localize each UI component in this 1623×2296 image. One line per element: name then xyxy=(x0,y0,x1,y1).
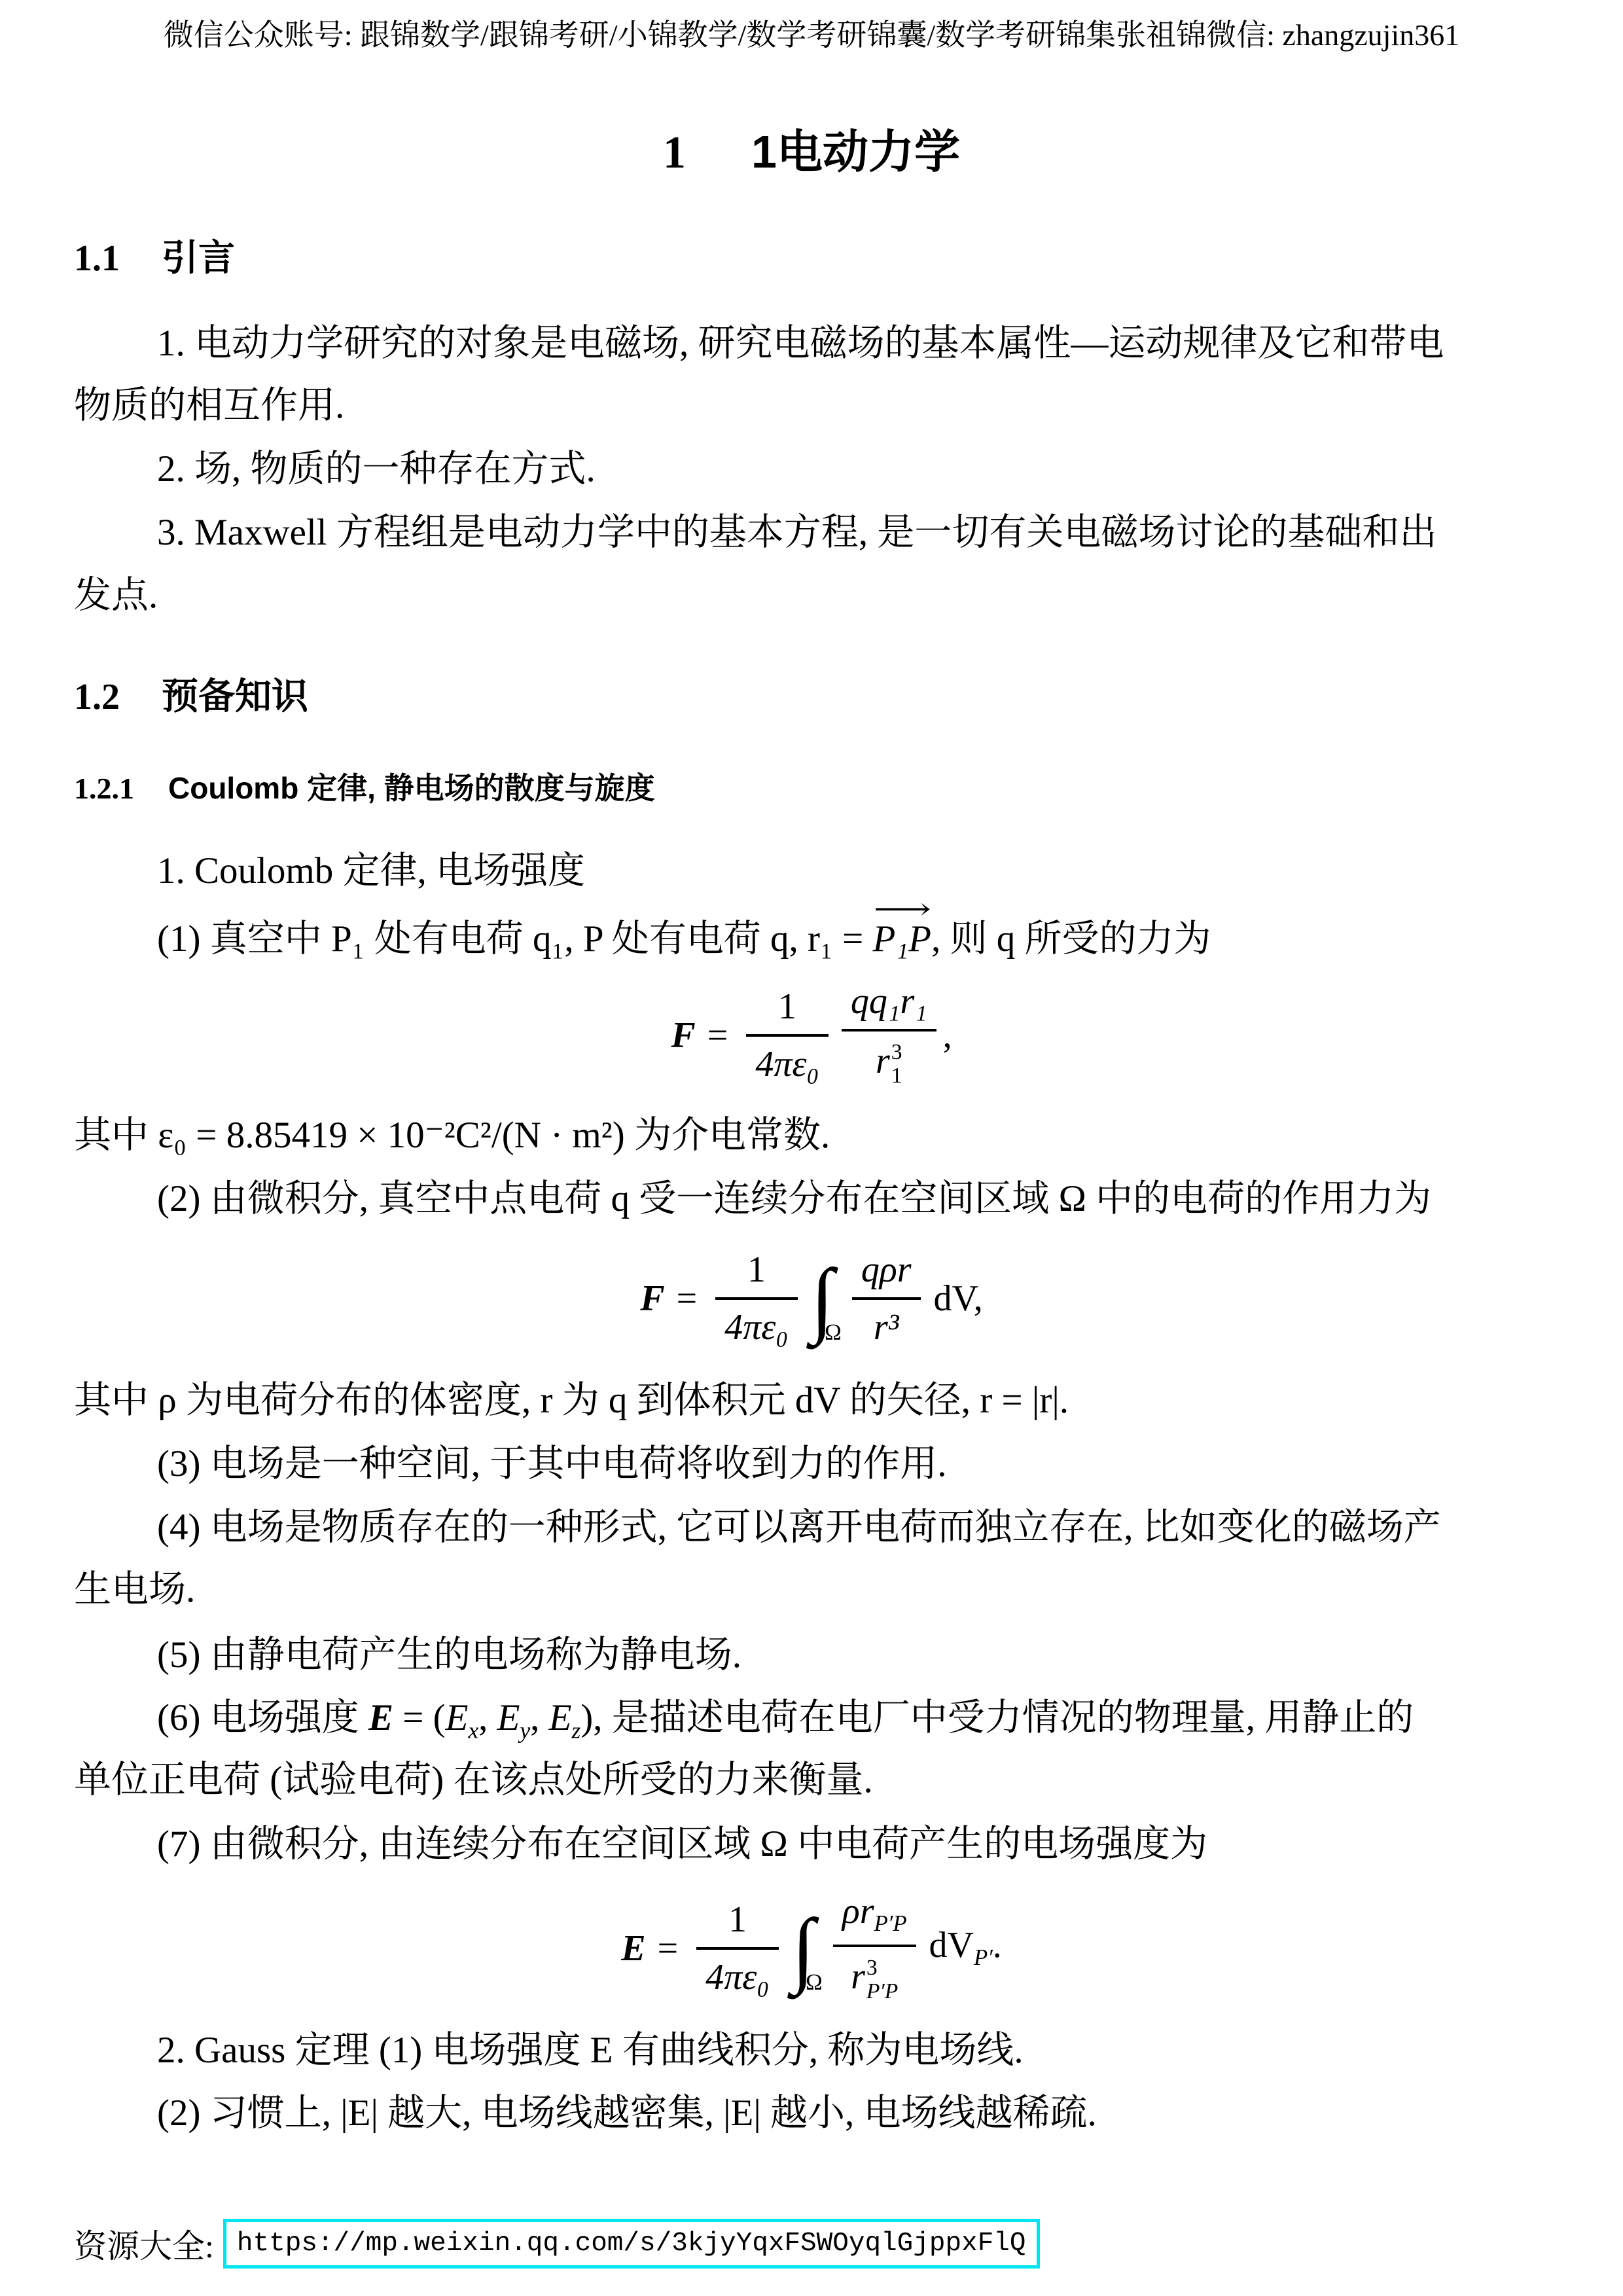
subsection-1-2-1-heading: 1.2.1Coulomb 定律, 静电场的散度与旋度 xyxy=(74,771,655,806)
subsection-1-2-1-title: Coulomb 定律, 静电场的散度与旋度 xyxy=(168,771,655,805)
coulomb-law-intro: 1. Coulomb 定律, 电场强度 xyxy=(157,850,585,893)
integral-domain: Ω xyxy=(806,1971,823,1994)
formula1-lhs: F xyxy=(671,1017,695,1054)
formula-field-strength: E = 1 4πε₀ ∫ Ω ρrP′P r3P′P dVP′. xyxy=(0,1890,1623,2006)
section-1-2-heading: 1.2预备知识 xyxy=(74,675,308,718)
chapter-title-text: 1电动力学 xyxy=(751,126,960,177)
point1-pre: (1) 真空中 P₁ 处有电荷 q₁, P 处有电荷 q, r₁ = xyxy=(157,918,873,960)
footer-resource-label: 资源大全: xyxy=(74,2220,214,2267)
formula3-dv: dVP′. xyxy=(929,1927,1002,1969)
intro-point1-line2: 物质的相互作用. xyxy=(74,384,344,427)
footer-resource: 资源大全: https://mp.weixin.qq.com/s/3kjyYqx… xyxy=(74,2219,1040,2269)
footer-url-box: https://mp.weixin.qq.com/s/3kjyYqxFSWOyq… xyxy=(223,2219,1040,2269)
chapter-number: 1 xyxy=(663,128,686,178)
point2-continuum-line: (2) 由微积分, 真空中点电荷 q 受一连续分布在空间区域 Ω 中的电荷的作用… xyxy=(157,1177,1431,1221)
section-1-1-heading: 1.1引言 xyxy=(74,237,235,279)
section-1-1-title: 引言 xyxy=(162,237,235,278)
formula1-equals: = xyxy=(707,1017,728,1054)
point1-post: , 则 q 所受的力为 xyxy=(931,918,1211,960)
footer-resource-url[interactable]: https://mp.weixin.qq.com/s/3kjyYqxFSWOyq… xyxy=(237,2229,1026,2259)
point7-line: (7) 由微积分, 由连续分布在空间区域 Ω 中电荷产生的电场强度为 xyxy=(157,1823,1207,1866)
point6-line2: 单位正电荷 (试验电荷) 在该点处所受的力来衡量. xyxy=(74,1759,873,1802)
subsection-1-2-1-number: 1.2.1 xyxy=(74,772,134,805)
section-1-2-number: 1.2 xyxy=(74,677,120,717)
formula3-lhs: E xyxy=(621,1930,645,1967)
gauss-theorem-line: 2. Gauss 定理 (1) 电场强度 E 有曲线积分, 称为电场线. xyxy=(157,2029,1024,2072)
vector-p1p: ⟶P₁P xyxy=(873,918,931,961)
formula2-frac-const: 1 4πε₀ xyxy=(715,1249,798,1348)
formula1-frac-const: 1 4πε₀ xyxy=(746,986,829,1085)
chapter-title: 11电动力学 xyxy=(0,126,1623,180)
header-account-line: 微信公众账号: 跟锦数学/跟锦考研/小锦教学/数学考研锦囊/数学考研锦集张祖锦微… xyxy=(0,18,1623,53)
formula2-lhs: F xyxy=(640,1280,664,1317)
formula3-frac-const: 1 4πε₀ xyxy=(696,1899,779,1998)
point3-field-space: (3) 电场是一种空间, 于其中电荷将收到力的作用. xyxy=(157,1443,946,1486)
formula3-equals: = xyxy=(658,1930,679,1967)
integral-domain: Ω xyxy=(825,1321,842,1344)
point1-vacuum-charge-line: (1) 真空中 P₁ 处有电荷 q₁, P 处有电荷 q, r₁ = ⟶P₁P,… xyxy=(157,918,1211,961)
point4-line2: 生电场. xyxy=(74,1568,195,1611)
intro-point1-line1: 1. 电动力学研究的对象是电磁场, 研究电磁场的基本属性—运动规律及它和带电 xyxy=(157,322,1444,365)
section-1-1-number: 1.1 xyxy=(74,238,120,279)
formula2-frac-density: qρr r³ xyxy=(852,1249,921,1348)
vector-arrow-icon: ⟶ xyxy=(863,894,942,924)
formula3-frac-density: ρrP′P r3P′P xyxy=(833,1890,916,2006)
formula2-equals: = xyxy=(677,1280,698,1317)
formula3-integral: ∫ Ω xyxy=(792,1909,824,1988)
formula2-dv: dV, xyxy=(934,1280,983,1317)
formula1-comma: , xyxy=(943,1017,952,1054)
field-vector-E: E xyxy=(368,1697,393,1738)
intro-point3-line1: 3. Maxwell 方程组是电动力学中的基本方程, 是一切有关电磁场讨论的基础… xyxy=(157,511,1436,554)
point6-line1: (6) 电场强度 E = (Ex, Ey, Ez), 是描述电荷在电厂中受力情况… xyxy=(157,1696,1414,1744)
intro-point3-line2: 发点. xyxy=(74,574,158,617)
document-page: 微信公众账号: 跟锦数学/跟锦考研/小锦教学/数学考研锦囊/数学考研锦集张祖锦微… xyxy=(0,0,1623,2296)
formula1-frac-charges: qq₁r₁ r31 xyxy=(842,980,936,1091)
density-note: 其中 ρ 为电荷分布的体密度, r 为 q 到体积元 dV 的矢径, r = |… xyxy=(74,1379,1069,1422)
intro-point2: 2. 场, 物质的一种存在方式. xyxy=(157,448,596,491)
formula2-integral: ∫ Ω xyxy=(811,1259,843,1338)
formula-coulomb-point-force: F = 1 4πε₀ qq₁r₁ r31 , xyxy=(0,980,1623,1091)
section-1-2-title: 预备知识 xyxy=(162,675,308,717)
formula-continuum-force: F = 1 4πε₀ ∫ Ω qρr r³ dV, xyxy=(0,1249,1623,1348)
point5-electrostatic: (5) 由静电荷产生的电场称为静电场. xyxy=(157,1634,741,1677)
permittivity-note: 其中 ε₀ = 8.85419 × 10⁻²C²/(N · m²) 为介电常数. xyxy=(74,1114,830,1157)
point4-line1: (4) 电场是物质存在的一种形式, 它可以离开电荷而独立存在, 比如变化的磁场产 xyxy=(157,1506,1441,1549)
gauss-point2-line: (2) 习惯上, |E| 越大, 电场线越密集, |E| 越小, 电场线越稀疏. xyxy=(157,2092,1097,2135)
